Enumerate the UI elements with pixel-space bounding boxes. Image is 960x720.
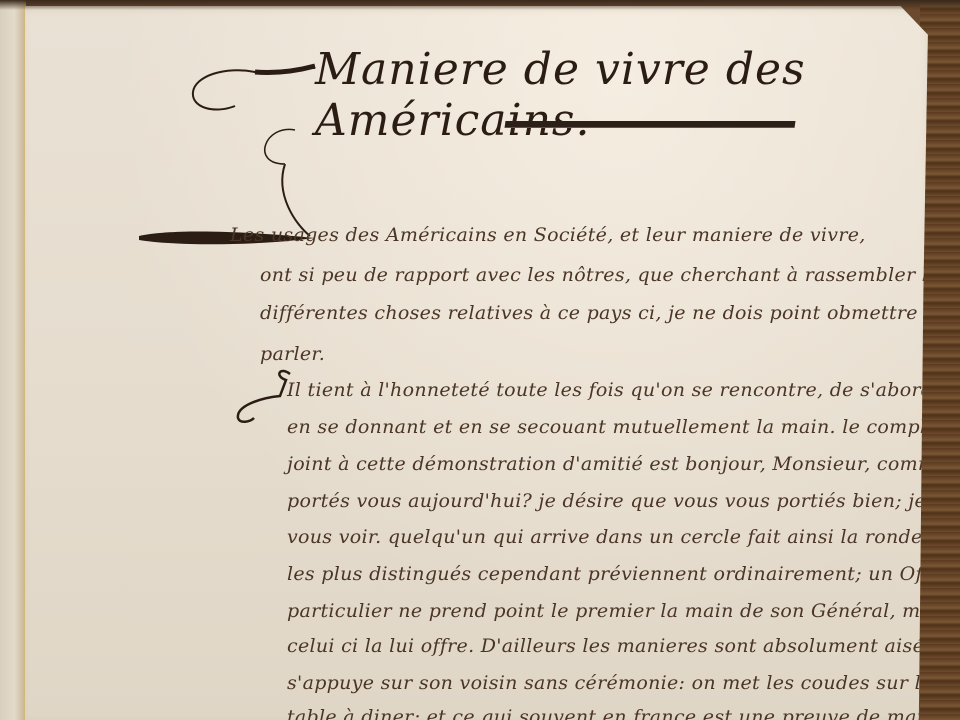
- top-edge-shadow: [0, 0, 960, 10]
- text-line: joint à cette démonstration d'amitié est…: [287, 453, 960, 475]
- text-line: vous voir. quelqu'un qui arrive dans un …: [287, 526, 960, 548]
- text-line: ont si peu de rapport avec les nôtres, q…: [260, 264, 950, 286]
- text-line: particulier ne prend point le premier la…: [287, 600, 949, 622]
- text-line: les plus distingués cependant préviennen…: [287, 563, 960, 585]
- text-line: Les usages des Américains en Société, et…: [230, 224, 866, 246]
- text-line: s'appuye sur son voisin sans cérémonie: …: [287, 672, 933, 694]
- title-underline: [505, 121, 796, 128]
- text-line: portés vous aujourd'hui? je désire que v…: [287, 490, 960, 512]
- text-line: parler.: [260, 343, 325, 365]
- facing-page-edge: [0, 0, 26, 720]
- text-line: différentes choses relatives à ce pays c…: [260, 302, 960, 324]
- text-line: en se donnant et en se secouant mutuelle…: [287, 416, 960, 438]
- manuscript-page: Maniere de vivre des Américains. Les usa…: [25, 6, 937, 720]
- text-line: table à diner; et ce qui souvent en fran…: [287, 706, 960, 720]
- title-flourish-icon: [185, 58, 325, 118]
- text-line: Il tient à l'honneteté toute les fois qu…: [287, 379, 954, 401]
- page-title: Maniere de vivre des Américains.: [315, 44, 937, 146]
- text-line: celui ci la lui offre. D'ailleurs les ma…: [287, 635, 960, 657]
